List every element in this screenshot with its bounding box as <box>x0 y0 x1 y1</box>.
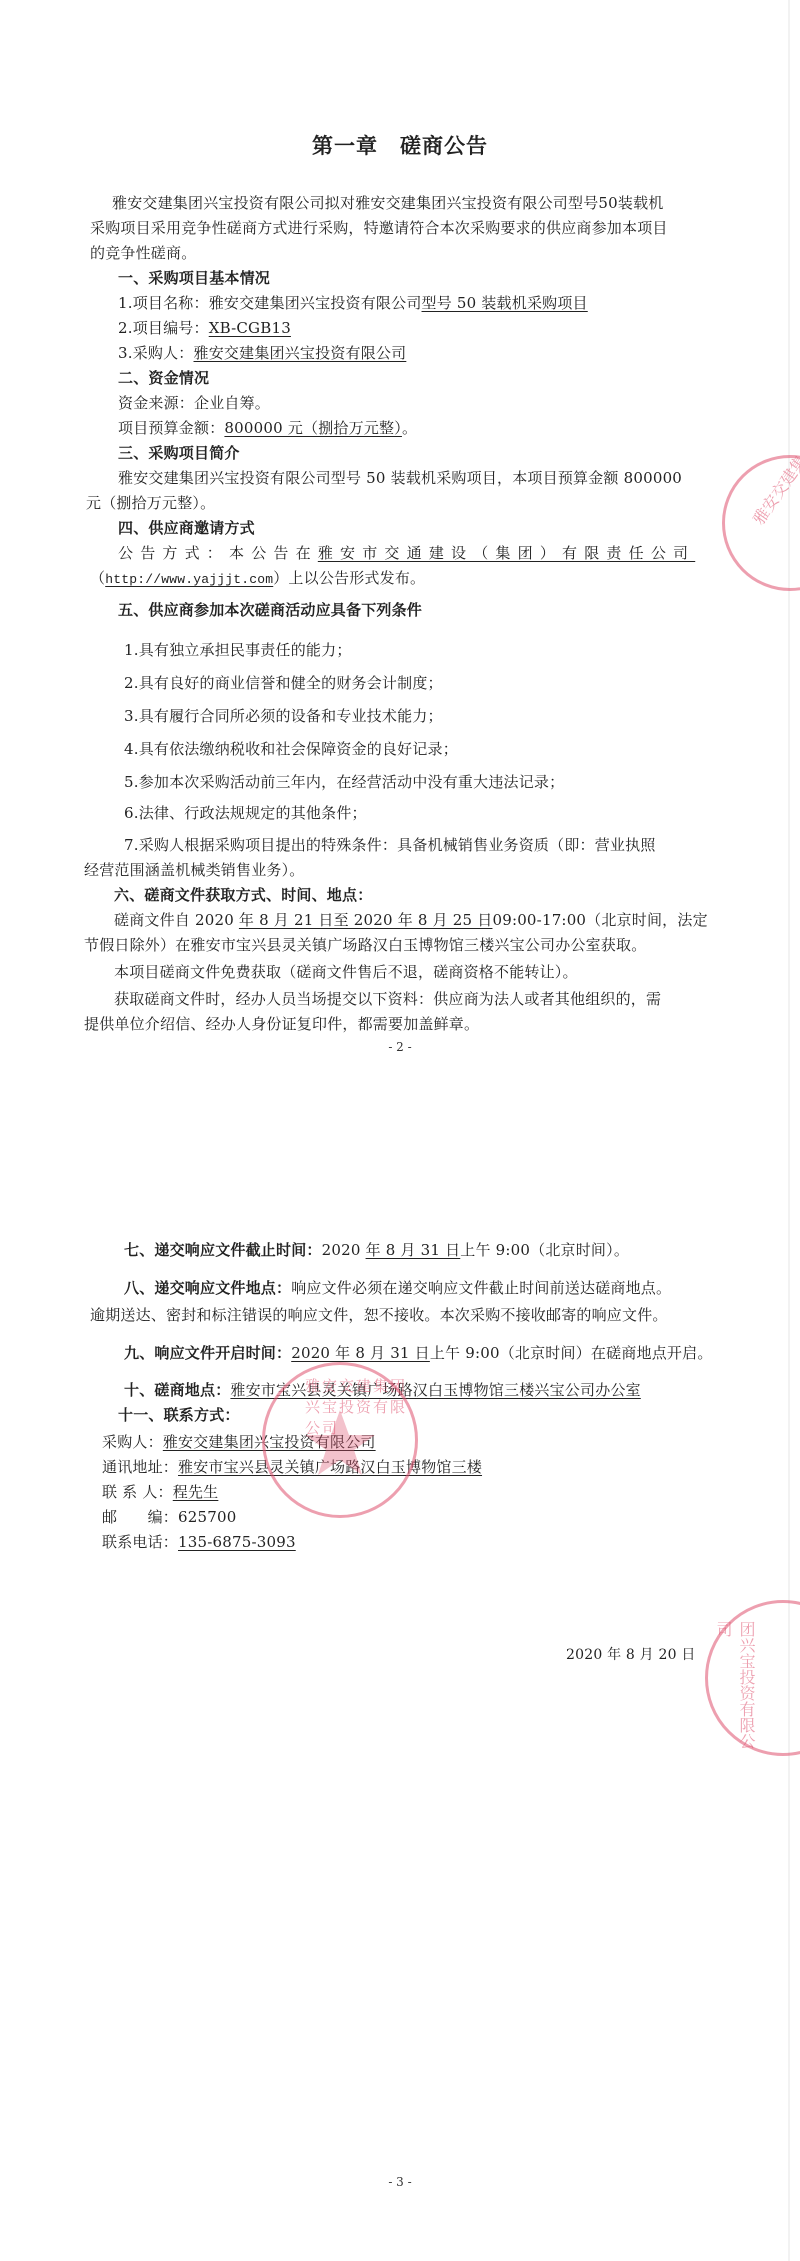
budget-end: 。 <box>402 419 417 437</box>
section-5-heading: 五、供应商参加本次磋商活动应具备下列条件 <box>118 600 422 620</box>
summary-line-1: 雅安交建集团兴宝投资有限公司型号 50 装载机采购项目，本项目预算金额 8000… <box>118 468 682 488</box>
invite-label: 公告方式：本公告在 <box>118 544 318 562</box>
buyer-value: 雅安交建集团兴宝投资有限公司 <box>194 344 407 362</box>
condition-item-3: 3.具有履行合同所必须的设备和专业技术能力； <box>124 706 443 726</box>
invite-tail: ）上以公告形式发布。 <box>273 569 425 587</box>
doc-free: 本项目磋商文件免费获取（磋商文件售后不退，磋商资格不能转让）。 <box>114 962 578 982</box>
opening-time: 九、响应文件开启时间：2020 年 8 月 31 日上午 9:00（北京时间）在… <box>124 1343 713 1363</box>
contact-value: 雅安市宝兴县灵关镇广场路汉白玉博物馆三楼 <box>178 1458 482 1476</box>
intro-line-2: 采购项目采用竞争性磋商方式进行采购，特邀请符合本次采购要求的供应商参加本项目 <box>90 218 668 238</box>
section-9-heading: 九、响应文件开启时间： <box>124 1344 291 1362</box>
stamp-text: 雅安交建集 <box>747 450 800 529</box>
doc-period-a: 磋商文件自 2020 <box>114 911 239 929</box>
section-11-heading: 十一、联系方式： <box>118 1405 240 1425</box>
condition-item-5: 5.参加本次采购活动前三年内，在经营活动中没有重大违法记录； <box>124 772 564 792</box>
deadline-date: 年 8 月 31 日 <box>366 1241 461 1259</box>
signature-date: 2020 年 8 月 20 日 <box>566 1645 696 1665</box>
condition-item-4: 4.具有依法缴纳税收和社会保障资金的良好记录； <box>124 739 458 759</box>
invite-method: 公告方式：本公告在雅安市交通建设（集团）有限责任公司 <box>118 543 695 563</box>
consult-place-value: 雅安市宝兴县灵关镇广场路汉白玉博物馆三楼兴宝公司办公室 <box>230 1381 640 1399</box>
budget-value: 800000 元（捌拾万元整） <box>224 419 402 437</box>
project-code: 2.项目编号：XB-CGB13 <box>118 318 291 338</box>
publisher-link[interactable]: 雅安市交通建设（集团）有限责任公司 <box>318 544 695 562</box>
section-1-heading: 一、采购项目基本情况 <box>118 268 270 288</box>
contact-label: 联系电话： <box>102 1533 178 1551</box>
page-number-2: - 2 - <box>0 1040 800 1054</box>
contact-value: 625700 <box>178 1508 236 1526</box>
section-3-heading: 三、采购项目简介 <box>118 443 240 463</box>
condition-item-7-cont: 经营范围涵盖机械类销售业务）。 <box>84 860 305 880</box>
submission-line-2: 逾期送达、密封和标注错误的响应文件，恕不接收。本次采购不接收邮寄的响应文件。 <box>90 1305 668 1325</box>
section-2-heading: 二、资金情况 <box>118 368 209 388</box>
contact-label: 通讯地址： <box>102 1458 178 1476</box>
contact-label: 联 系 人： <box>102 1483 173 1501</box>
doc-location: 节假日除外）在雅安市宝兴县灵关镇广场路汉白玉博物馆三楼兴宝公司办公室获取。 <box>84 935 646 955</box>
stamp-text: 团兴宝投资有限公司 <box>712 1621 758 1753</box>
contact-buyer: 采购人：雅安交建集团兴宝投资有限公司 <box>102 1432 376 1452</box>
section-7-heading: 七、递交响应文件截止时间： <box>124 1241 322 1259</box>
intro-line-3: 的竞争性磋商。 <box>90 243 196 263</box>
page-number-3: - 3 - <box>0 2175 800 2189</box>
page-title: 第一章 磋商公告 <box>0 130 800 160</box>
company-seal-stamp: 雅安交建集 <box>722 455 800 591</box>
deadline-b: 上午 9:00（北京时间）。 <box>460 1241 629 1259</box>
condition-item-2: 2.具有良好的商业信誉和健全的财务会计制度； <box>124 673 443 693</box>
publisher-url-link[interactable]: http://www.yajjjt.com <box>105 572 273 587</box>
fund-source: 资金来源：企业自筹。 <box>118 393 270 413</box>
contact-address: 通讯地址：雅安市宝兴县灵关镇广场路汉白玉博物馆三楼 <box>102 1457 482 1477</box>
section-4-heading: 四、供应商邀请方式 <box>118 518 255 538</box>
submission-line-1: 响应文件必须在递交响应文件截止时间前送达磋商地点。 <box>291 1279 671 1297</box>
deadline: 七、递交响应文件截止时间：2020 年 8 月 31 日上午 9:00（北京时间… <box>124 1240 629 1260</box>
section-8-heading: 八、递交响应文件地点： <box>124 1279 291 1297</box>
condition-item-1: 1.具有独立承担民事责任的能力； <box>124 640 352 660</box>
opening-date: 2020 年 8 月 31 日 <box>291 1344 430 1362</box>
summary-line-2: 元（捌拾万元整）。 <box>86 493 215 513</box>
project-code-label: 2.项目编号： <box>118 319 209 337</box>
doc-requirements-1: 获取磋商文件时，经办人员当场提交以下资料：供应商为法人或者其他组织的，需 <box>114 989 661 1009</box>
budget-label: 项目预算金额： <box>118 419 224 437</box>
contact-postcode: 邮 编：625700 <box>102 1507 236 1527</box>
section-6-heading: 六、磋商文件获取方式、时间、地点： <box>114 885 372 905</box>
doc-period-b: 09:00-17:00（北京时间，法定 <box>492 911 707 929</box>
contact-label: 采购人： <box>102 1433 163 1451</box>
project-code-value: XB-CGB13 <box>209 319 291 337</box>
doc-period-dates: 年 8 月 21 日至 2020 年 8 月 25 日 <box>239 911 493 929</box>
open-paren: （ <box>90 569 105 587</box>
contact-value: 雅安交建集团兴宝投资有限公司 <box>163 1433 376 1451</box>
submission-place: 八、递交响应文件地点：响应文件必须在递交响应文件截止时间前送达磋商地点。 <box>124 1278 671 1298</box>
company-seal-stamp: 团兴宝投资有限公司 <box>705 1600 800 1756</box>
page-3: 七、递交响应文件截止时间：2020 年 8 月 31 日上午 9:00（北京时间… <box>0 1130 800 2261</box>
deadline-a: 2020 <box>322 1241 366 1259</box>
intro-line-1: 雅安交建集团兴宝投资有限公司拟对雅安交建集团兴宝投资有限公司型号50装载机 <box>112 193 664 213</box>
opening-b: 上午 9:00（北京时间）在磋商地点开启。 <box>430 1344 713 1362</box>
contact-label: 邮 编： <box>102 1508 178 1526</box>
contact-value: 135-6875-3093 <box>178 1533 296 1551</box>
consult-place: 十、磋商地点：雅安市宝兴县灵关镇广场路汉白玉博物馆三楼兴宝公司办公室 <box>124 1380 641 1400</box>
project-name-label: 1.项目名称：雅安交建集团兴宝投资有限公司 <box>118 294 422 312</box>
contact-phone: 联系电话：135-6875-3093 <box>102 1532 296 1552</box>
doc-requirements-2: 提供单位介绍信、经办人身份证复印件，都需要加盖鲜章。 <box>84 1014 479 1034</box>
invite-url-line: （http://www.yajjjt.com）上以公告形式发布。 <box>90 568 425 590</box>
section-10-heading: 十、磋商地点： <box>124 1381 230 1399</box>
project-name-value: 型号 50 装载机采购项目 <box>422 294 588 312</box>
doc-period: 磋商文件自 2020 年 8 月 21 日至 2020 年 8 月 25 日09… <box>114 910 708 930</box>
contact-value: 程先生 <box>173 1483 219 1501</box>
project-name: 1.项目名称：雅安交建集团兴宝投资有限公司型号 50 装载机采购项目 <box>118 293 588 313</box>
page-2: 第一章 磋商公告 雅安交建集团兴宝投资有限公司拟对雅安交建集团兴宝投资有限公司型… <box>0 0 800 1130</box>
contact-person: 联 系 人：程先生 <box>102 1482 218 1502</box>
buyer: 3.采购人：雅安交建集团兴宝投资有限公司 <box>118 343 406 363</box>
buyer-label: 3.采购人： <box>118 344 194 362</box>
condition-item-6: 6.法律、行政法规规定的其他条件； <box>124 803 367 823</box>
budget: 项目预算金额：800000 元（捌拾万元整）。 <box>118 418 417 438</box>
condition-item-7: 7.采购人根据采购项目提出的特殊条件：具备机械销售业务资质（即：营业执照 <box>124 835 656 855</box>
